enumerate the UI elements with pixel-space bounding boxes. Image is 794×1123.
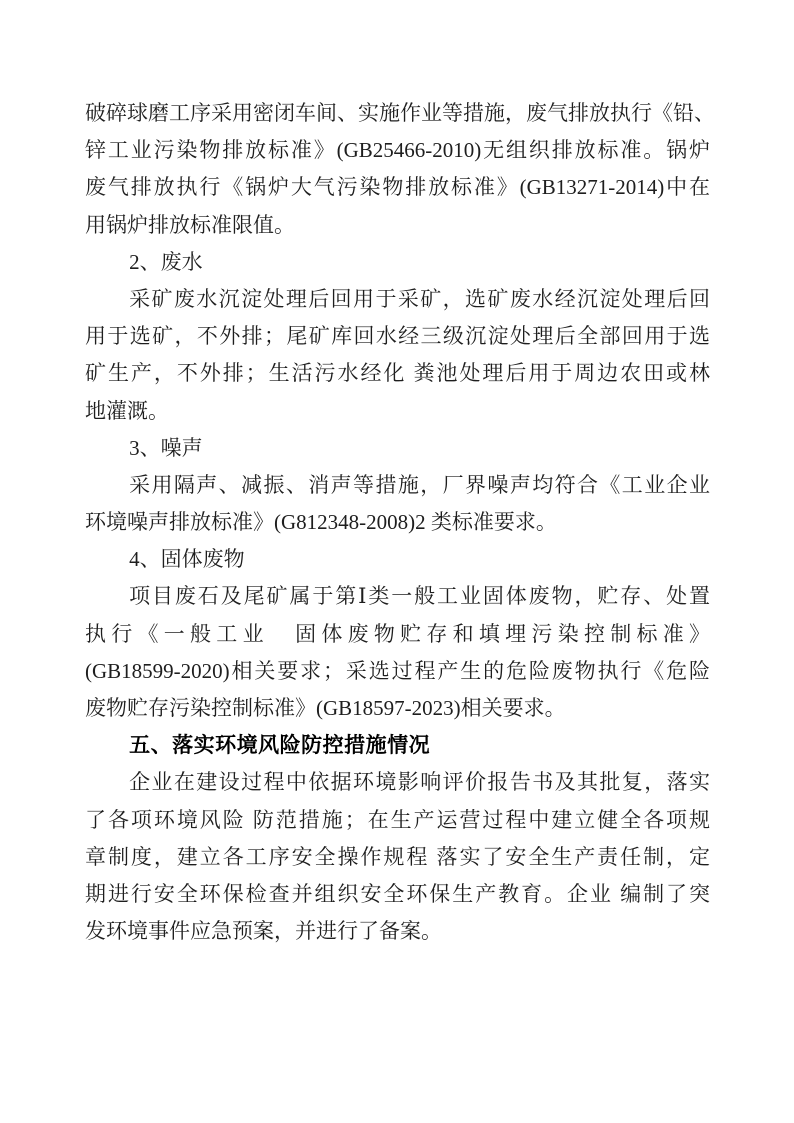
para-air-line: 用锅炉排放标准限值。: [85, 207, 710, 244]
para-risk-line: 章制度，建立各工序安全操作规程 落实了安全生产责任制，定: [85, 839, 710, 876]
para-solid-waste-line: (GB18599-2020)相关要求；采选过程产生的危险废物执行《危险: [85, 653, 710, 690]
para-air-line: 锌工业污染物排放标准》(GB25466-2010)无组织排放标准。锅炉: [85, 132, 710, 169]
para-solid-waste-line: 执行《一般工业 固体废物贮存和填埋污染控制标准》: [85, 616, 710, 653]
para-wastewater-line: 地灌溉。: [85, 393, 710, 430]
para-wastewater-line: 用于选矿，不外排；尾矿库回水经三级沉淀处理后全部回用于选: [85, 318, 710, 355]
subsection-3-noise-heading: 3、噪声: [85, 430, 710, 467]
subsection-4-solid-waste-heading: 4、固体废物: [85, 541, 710, 578]
para-noise-line: 环境噪声排放标准》(G812348-2008)2 类标准要求。: [85, 504, 710, 541]
para-air-line: 废气排放执行《锅炉大气污染物排放标准》(GB13271-2014)中在: [85, 169, 710, 206]
para-solid-waste-line: 废物贮存污染控制标准》(GB18597-2023)相关要求。: [85, 690, 710, 727]
para-wastewater-line: 采矿废水沉淀处理后回用于采矿，选矿废水经沉淀处理后回: [85, 281, 710, 318]
para-risk-line: 企业在建设过程中依据环境影响评价报告书及其批复，落实: [85, 764, 710, 801]
subsection-2-wastewater-heading: 2、废水: [85, 244, 710, 281]
document-text-block: 破碎球磨工序采用密闭车间、实施作业等措施，废气排放执行《铅、锌工业污染物排放标准…: [85, 95, 710, 950]
para-risk-line: 发环境事件应急预案，并进行了备案。: [85, 913, 710, 950]
para-air-line: 破碎球磨工序采用密闭车间、实施作业等措施，废气排放执行《铅、: [85, 95, 710, 132]
para-wastewater-line: 矿生产，不外排；生活污水经化 粪池处理后用于周边农田或林: [85, 355, 710, 392]
para-solid-waste-line: 项目废石及尾矿属于第Ⅰ类一般工业固体废物，贮存、处置: [85, 578, 710, 615]
para-noise-line: 采用隔声、减振、消声等措施，厂界噪声均符合《工业企业: [85, 467, 710, 504]
para-risk-line: 了各项环境风险 防范措施；在生产运营过程中建立健全各项规: [85, 802, 710, 839]
document-page: 破碎球磨工序采用密闭车间、实施作业等措施，废气排放执行《铅、锌工业污染物排放标准…: [0, 0, 794, 1123]
para-risk-line: 期进行安全环保检查并组织安全环保生产教育。企业 编制了突: [85, 876, 710, 913]
section-5-heading: 五、落实环境风险防控措施情况: [85, 727, 710, 764]
